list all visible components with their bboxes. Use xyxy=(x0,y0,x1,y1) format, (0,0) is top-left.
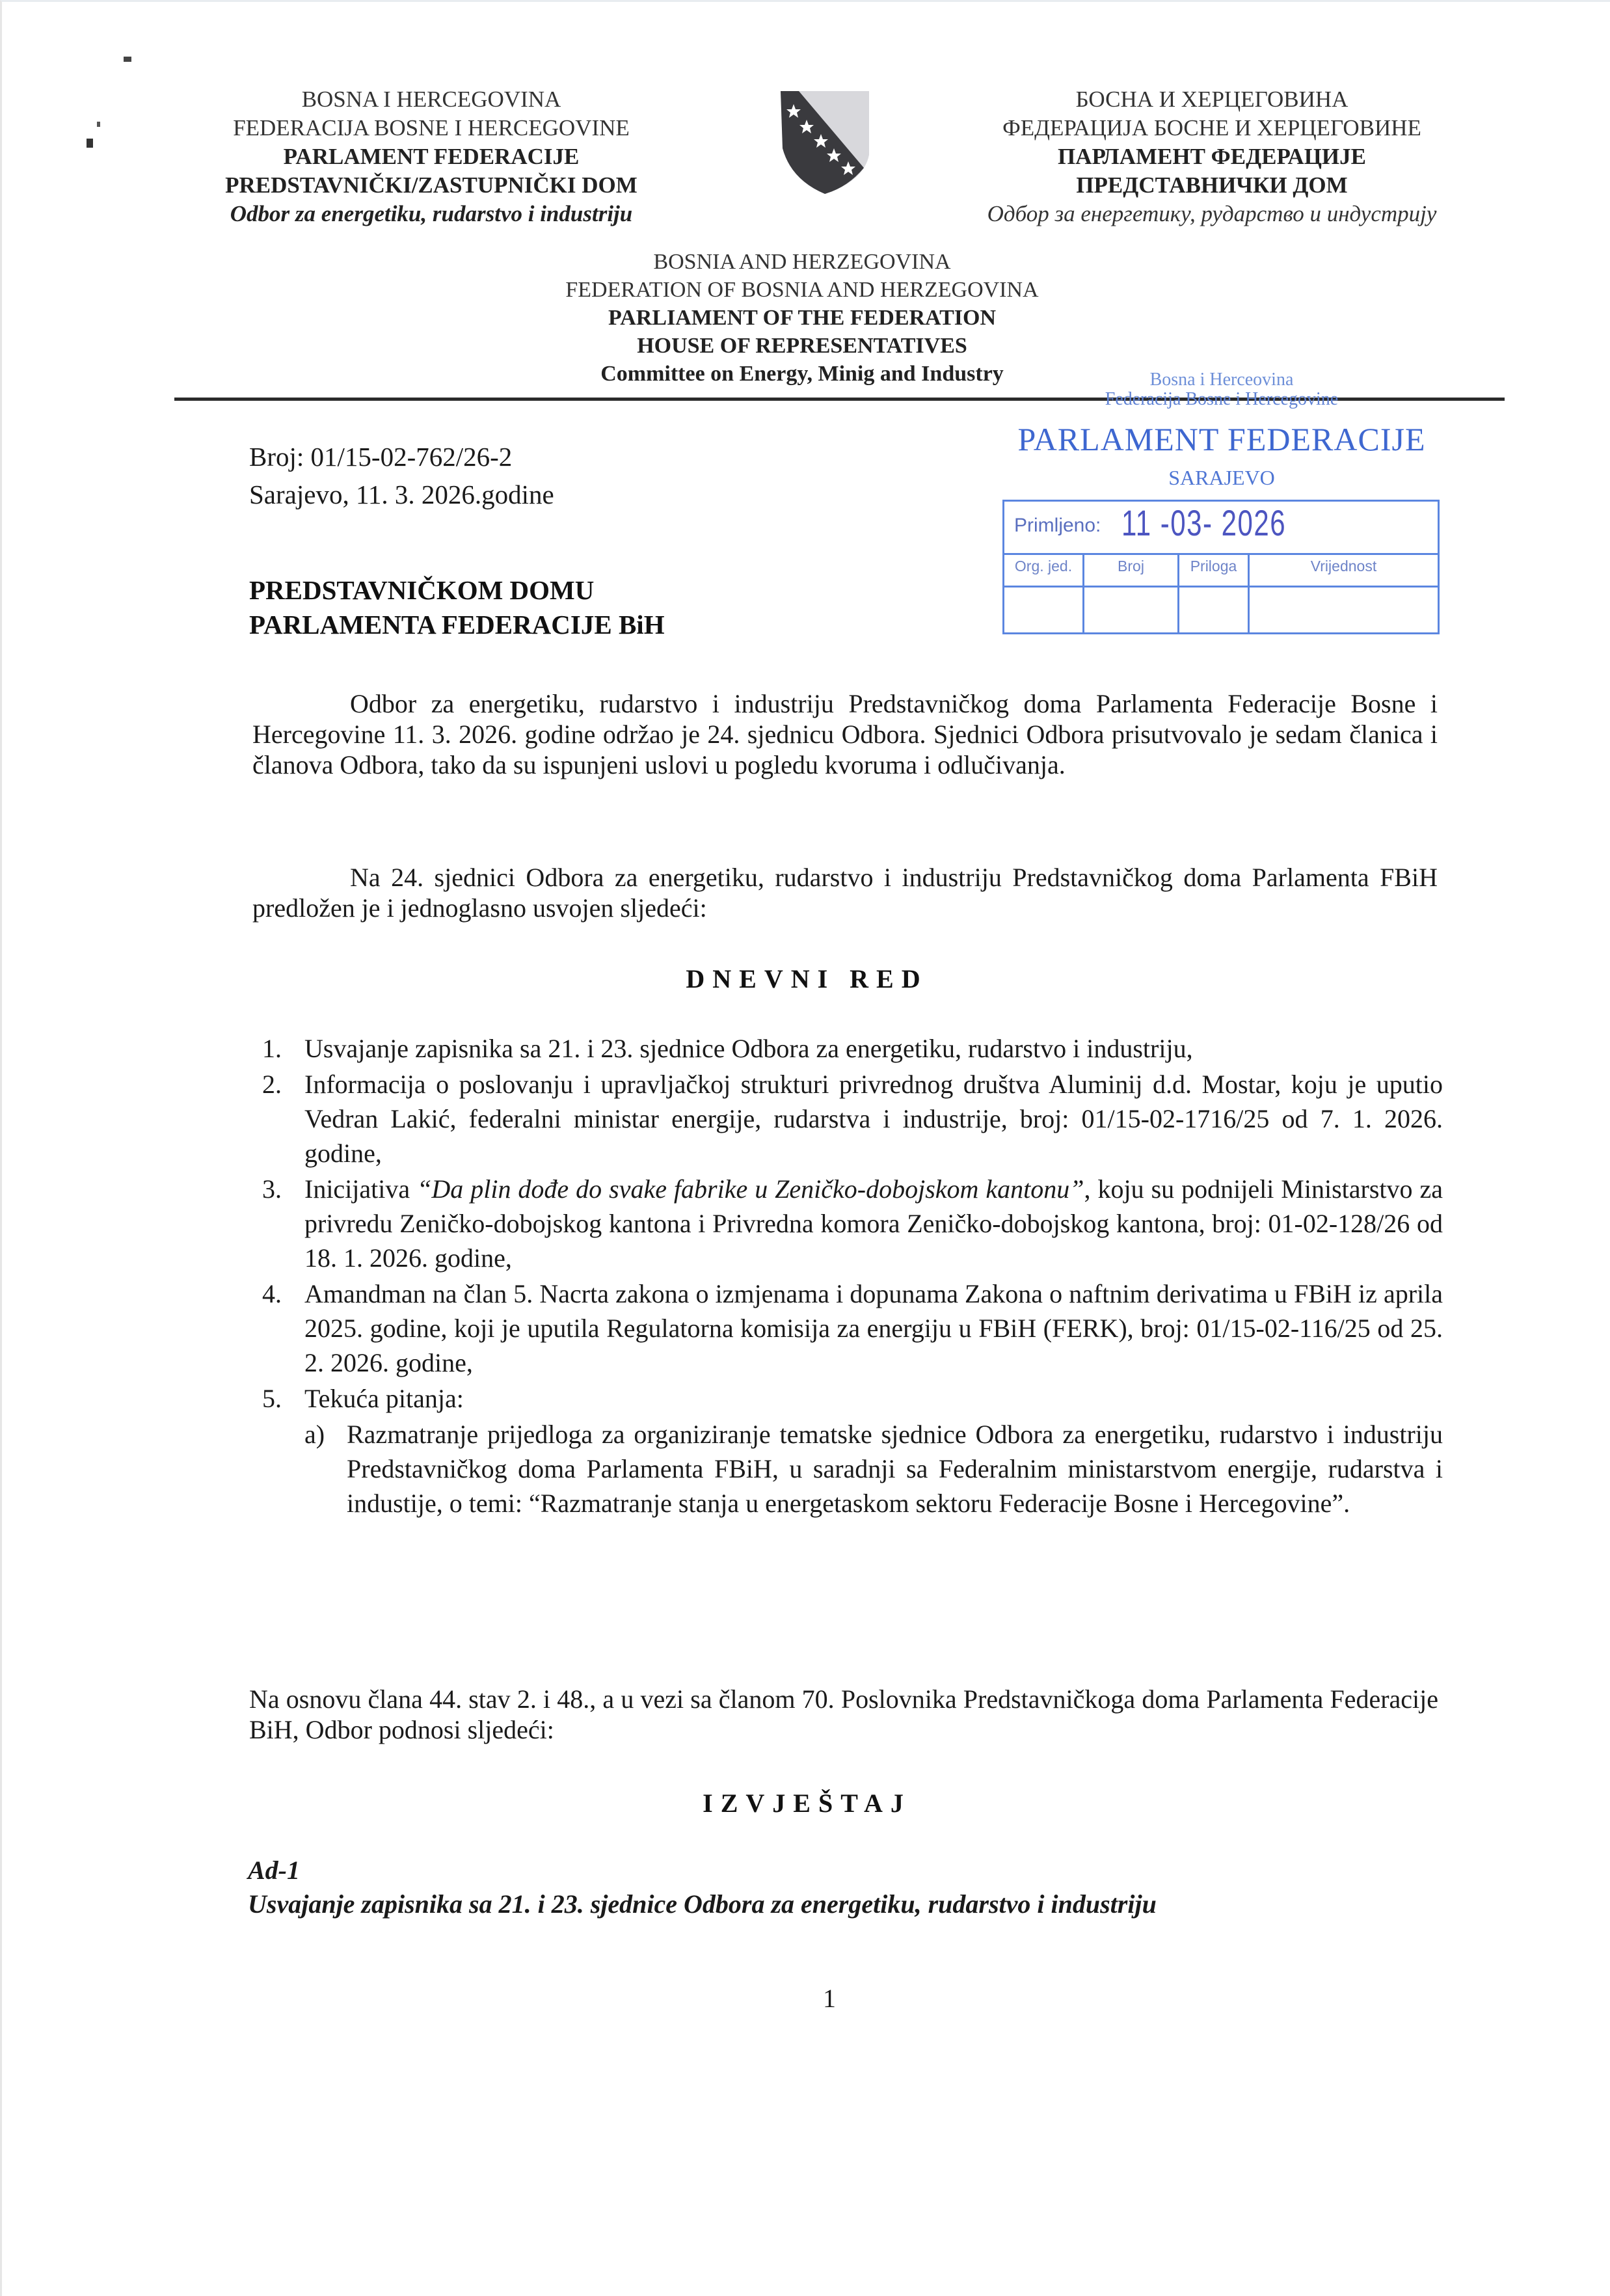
agenda-item-text: Informacija o poslovanju i upravljačkoj … xyxy=(304,1070,1443,1168)
header-cyrillic-line: БОСНА И ХЕРЦЕГОВИНА xyxy=(900,85,1524,114)
stamp-empty-row xyxy=(1004,586,1438,634)
agenda-item-number: 5. xyxy=(262,1381,282,1416)
intro-paragraph: Odbor za energetiku, rudarstvo i industr… xyxy=(252,688,1438,780)
header-latin-line: FEDERACIJA BOSNE I HERCEGOVINE xyxy=(178,114,685,142)
stamp-city: SARAJEVO xyxy=(997,466,1446,490)
reference-place-date: Sarajevo, 11. 3. 2026.godine xyxy=(249,476,554,513)
scan-artifacts xyxy=(2,2,197,197)
header-english-line: PARLIAMENT OF THE FEDERATION xyxy=(457,304,1147,332)
agenda-item-number: 2. xyxy=(262,1067,282,1101)
recipient-line: PREDSTAVNIČKOM DOMU xyxy=(249,573,665,608)
agenda-item-text: Amandman na član 5. Nacrta zakona o izmj… xyxy=(304,1279,1443,1377)
agenda-item-text: Tekuća pitanja: xyxy=(304,1384,464,1413)
header-english-line: HOUSE OF REPRESENTATIVES xyxy=(457,332,1147,360)
agenda-subitem-letter: a) xyxy=(304,1417,325,1452)
header-latin-line: PARLAMENT FEDERACIJE xyxy=(178,142,685,171)
header-cyrillic-line: ПАРЛАМЕНТ ФЕДЕРАЦИЈЕ xyxy=(900,142,1524,171)
agenda-item: 5. Tekuća pitanja: a) Razmatranje prijed… xyxy=(262,1381,1443,1520)
agenda-item-number: 3. xyxy=(262,1172,282,1206)
stamp-table: Primljeno: 11 -03- 2026 Org. jed. Broj P… xyxy=(1002,500,1440,634)
stamp-received-label: Primljeno: xyxy=(1014,515,1101,537)
agenda-title: DNEVNI RED xyxy=(2,964,1610,994)
agenda-item: 4. Amandman na član 5. Nacrta zakona o i… xyxy=(262,1276,1443,1380)
stamp-col-broj: Broj xyxy=(1084,553,1179,586)
header-latin-line: Odbor za energetiku, rudarstvo i industr… xyxy=(178,200,685,228)
reference-number: Broj: 01/15-02-762/26-2 xyxy=(249,438,554,476)
document-reference: Broj: 01/15-02-762/26-2 Sarajevo, 11. 3.… xyxy=(249,438,554,513)
agenda-intro-paragraph: Na 24. sjednici Odbora za energetiku, ru… xyxy=(252,862,1438,923)
stamp-line: Bosna i Herceovina xyxy=(997,370,1446,390)
legal-basis-paragraph: Na osnovu člana 44. stav 2. i 48., a u v… xyxy=(249,1684,1438,1745)
stamp-cell xyxy=(1084,586,1179,634)
bih-coat-of-arms-icon xyxy=(766,83,870,197)
header-latin-line: PREDSTAVNIČKI/ZASTUPNIČKI DOM xyxy=(178,171,685,200)
agenda-subitem-text: Razmatranje prijedloga za organiziranje … xyxy=(347,1420,1443,1518)
header-cyrillic-line: ФЕДЕРАЦИЈА БОСНЕ И ХЕРЦЕГОВИНЕ xyxy=(900,114,1524,142)
stamp-col-vrijednost: Vrijednost xyxy=(1250,553,1438,586)
stamp-header-row: Org. jed. Broj Priloga Vrijednost xyxy=(1004,553,1438,588)
stamp-cell xyxy=(1250,586,1438,634)
stamp-received-row: Primljeno: 11 -03- 2026 xyxy=(1004,502,1438,555)
agenda-item: 2. Informacija o poslovanju i upravljačk… xyxy=(262,1067,1443,1170)
header-cyrillic-line: ПРЕДСТАВНИЧКИ ДОМ xyxy=(900,171,1524,200)
ad-title: Usvajanje zapisnika sa 21. i 23. sjednic… xyxy=(248,1889,1157,1919)
header-english-line: BOSNIA AND HERZEGOVINA xyxy=(457,248,1147,276)
recipient-line: PARLAMENTA FEDERACIJE BiH xyxy=(249,608,665,642)
header-english-line: FEDERATION OF BOSNIA AND HERZEGOVINA xyxy=(457,276,1147,304)
stamp-col-priloga: Priloga xyxy=(1179,553,1250,586)
agenda-item-number: 4. xyxy=(262,1276,282,1311)
stamp-col-org: Org. jed. xyxy=(1004,553,1084,586)
stamp-title: PARLAMENT FEDERACIJE xyxy=(997,420,1446,458)
recipient: PREDSTAVNIČKOM DOMU PARLAMENTA FEDERACIJ… xyxy=(249,573,665,642)
header-cyrillic: БОСНА И ХЕРЦЕГОВИНА ФЕДЕРАЦИЈА БОСНЕ И Х… xyxy=(900,85,1524,228)
agenda-item-prefix: Inicijativa xyxy=(304,1174,417,1204)
header-cyrillic-line: Одбор за енергетику, рударство и индустр… xyxy=(900,200,1524,228)
page-number: 1 xyxy=(823,1983,836,2014)
header-latin: BOSNA I HERCEGOVINA FEDERACIJA BOSNE I H… xyxy=(178,85,685,228)
agenda-item-initiative-title: “Da plin dođe do svake fabrike u Zeničko… xyxy=(417,1174,1084,1204)
stamp-cell xyxy=(1179,586,1250,634)
stamp-line: Federacija Bosne i Hercegovine xyxy=(997,389,1446,410)
agenda-item-number: 1. xyxy=(262,1031,282,1066)
header-english: BOSNIA AND HERZEGOVINA FEDERATION OF BOS… xyxy=(457,248,1147,388)
agenda-list: 1. Usvajanje zapisnika sa 21. i 23. sjed… xyxy=(262,1031,1443,1522)
agenda-item-text: Usvajanje zapisnika sa 21. i 23. sjednic… xyxy=(304,1034,1193,1063)
ad-label: Ad-1 xyxy=(248,1855,300,1885)
agenda-item: 3. Inicijativa “Da plin dođe do svake fa… xyxy=(262,1172,1443,1275)
stamp-cell xyxy=(1004,586,1084,634)
header-latin-line: BOSNA I HERCEGOVINA xyxy=(178,85,685,114)
document-page: BOSNA I HERCEGOVINA FEDERACIJA BOSNE I H… xyxy=(0,0,1610,2296)
report-title: IZVJEŠTAJ xyxy=(2,1788,1610,1818)
stamp-received-date: 11 -03- 2026 xyxy=(1121,502,1286,544)
agenda-subitem: a) Razmatranje prijedloga za organiziran… xyxy=(304,1417,1443,1520)
agenda-item: 1. Usvajanje zapisnika sa 21. i 23. sjed… xyxy=(262,1031,1443,1066)
